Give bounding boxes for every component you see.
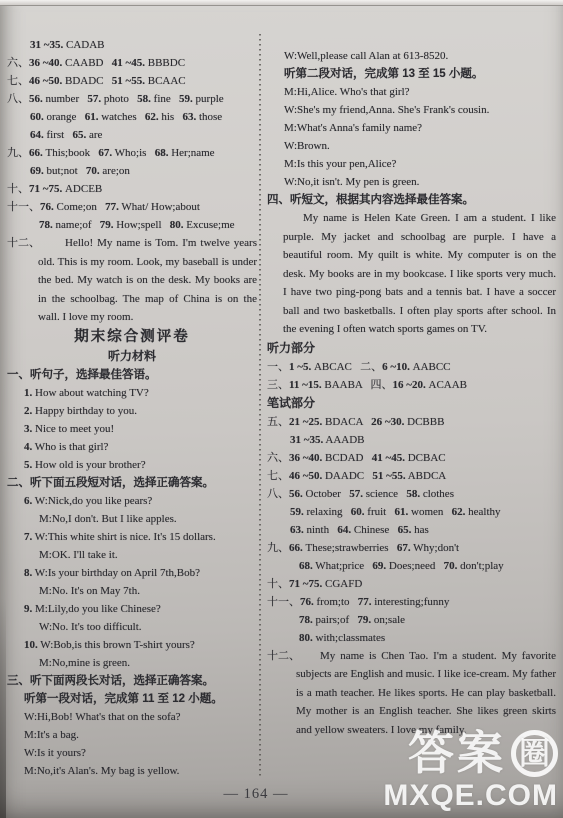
section-marker: 十二、 <box>267 647 300 666</box>
answer-line: 31 ~35. CADAB <box>7 36 257 54</box>
transcript-line: 5. How old is your brother? <box>7 456 257 474</box>
transcript-line: 8. W:Is your birthday on April 7th,Bob? <box>7 564 257 582</box>
answer-line: 十、71 ~75. ADCEB <box>7 180 257 198</box>
transcript-line: M:It's a bag. <box>7 726 257 744</box>
instruction-line: 二、听下面五段短对话，选择正确答案。 <box>7 474 257 492</box>
answer-line: M:No,mine is green. <box>7 654 257 672</box>
column-divider-dotted-line <box>259 34 261 778</box>
transcript-line: 3. Nice to meet you! <box>7 420 257 438</box>
transcript-line: W:Hi,Bob! What's that on the sofa? <box>7 708 257 726</box>
answer-line: 64. first 65. are <box>7 126 257 144</box>
section-marker: 十二、 <box>7 234 40 253</box>
exam-title: 期末综合测评卷 <box>7 327 257 347</box>
answer-line: 五、21 ~25. BDACA 26 ~30. DCBBB <box>267 413 556 431</box>
instruction-line: 四、听短文，根据其内容选择最佳答案。 <box>267 191 556 209</box>
answer-line: 十一、76. from;to 77. interesting;funny <box>267 593 556 611</box>
tom-passage-paragraph: 十二、Hello! My name is Tom. I'm twelve yea… <box>38 234 257 327</box>
photo-edge-shadow <box>0 598 6 818</box>
answer-line: M:OK. I'll take it. <box>7 546 257 564</box>
instruction-line: 听第一段对话，完成第 11 至 12 小题。 <box>7 690 257 708</box>
right-column: W:Well,please call Alan at 613-8520.听第二段… <box>267 47 556 739</box>
transcript-line: 1. How about watching TV? <box>7 384 257 402</box>
transcript-line: W:Is it yours? <box>7 744 257 762</box>
transcript-line: M:What's Anna's family name? <box>267 119 556 137</box>
answer-line: 59. relaxing 60. fruit 61. women 62. hea… <box>267 503 556 521</box>
answer-line: 78. name;of 79. How;spell 80. Excuse;me <box>7 216 257 234</box>
watermark-brand: 答案圈 <box>383 730 558 777</box>
listening-part-heading: 听力部分 <box>267 339 556 358</box>
answer-line: 三、11 ~15. BAABA 四、16 ~20. ACAAB <box>267 376 556 394</box>
transcript-line: W:Well,please call Alan at 613-8520. <box>267 47 556 65</box>
answer-line: 九、66. This;book 67. Who;is 68. Her;name <box>7 144 257 162</box>
answer-line: 十、71 ~75. CGAFD <box>267 575 556 593</box>
answer-line: M:No,I don't. But I like apples. <box>7 510 257 528</box>
answer-line: 七、46 ~50. BDADC 51 ~55. BCAAC <box>7 72 257 90</box>
answer-line: 六、36 ~40. CAABD 41 ~45. BBBDC <box>7 54 257 72</box>
answer-line: W:No. It's too difficult. <box>7 618 257 636</box>
page-top-edge <box>0 0 563 6</box>
chen-tao-passage-paragraph: 十二、My name is Chen Tao. I'm a student. M… <box>296 647 556 740</box>
transcript-line: 9. M:Lily,do you like Chinese? <box>7 600 257 618</box>
transcript-line: W:Brown. <box>267 137 556 155</box>
answer-line: 60. orange 61. watches 62. his 63. those <box>7 108 257 126</box>
transcript-line: 7. W:This white shirt is nice. It's 15 d… <box>7 528 257 546</box>
answer-line: 一、1 ~5. ABCAC 二、6 ~10. AABCC <box>267 358 556 376</box>
listening-material-heading: 听力材料 <box>7 347 257 366</box>
watermark-brand-text: 答案 <box>408 730 506 776</box>
answer-line: 十一、76. Come;on 77. What/ How;about <box>7 198 257 216</box>
watermark-brand-circle-icon: 圈 <box>511 730 558 777</box>
answer-line: 68. What;price 69. Does;need 70. don't;p… <box>267 557 556 575</box>
answer-line: 八、56. number 57. photo 58. fine 59. purp… <box>7 90 257 108</box>
written-part-heading: 笔试部分 <box>267 394 556 413</box>
transcript-line: W:No,it isn't. My pen is green. <box>267 173 556 191</box>
transcript-line: M:No,it's Alan's. My bag is yellow. <box>7 762 257 780</box>
answer-line: 六、36 ~40. BCDAD 41 ~45. DCBAC <box>267 449 556 467</box>
answer-line: 78. pairs;of 79. on;sale <box>267 611 556 629</box>
instruction-line: 听第二段对话，完成第 13 至 15 小题。 <box>267 65 556 83</box>
transcript-line: 4. Who is that girl? <box>7 438 257 456</box>
watermark-brand-circle-char: 圈 <box>519 738 550 769</box>
transcript-line: 10. W:Bob,is this brown T-shirt yours? <box>7 636 257 654</box>
scanned-answer-page: 31 ~35. CADAB六、36 ~40. CAABD 41 ~45. BBB… <box>0 0 563 818</box>
answer-line: 63. ninth 64. Chinese 65. has <box>267 521 556 539</box>
instruction-line: 一、听句子，选择最佳答语。 <box>7 366 257 384</box>
answer-line: 69. but;not 70. are;on <box>7 162 257 180</box>
answer-line: 九、66. These;strawberries 67. Why;don't <box>267 539 556 557</box>
answer-line: 七、46 ~50. DAADC 51 ~55. ABDCA <box>267 467 556 485</box>
transcript-line: 2. Happy birthday to you. <box>7 402 257 420</box>
helen-passage-paragraph: My name is Helen Kate Green. I am a stud… <box>283 209 556 339</box>
transcript-line: W:She's my friend,Anna. She's Frank's co… <box>267 101 556 119</box>
transcript-line: M:Is this your pen,Alice? <box>267 155 556 173</box>
answer-line: M:No. It's on May 7th. <box>7 582 257 600</box>
answer-line: 31 ~35. AAADB <box>267 431 556 449</box>
transcript-line: 6. W:Nick,do you like pears? <box>7 492 257 510</box>
watermark-site-text: MXQE.COM <box>383 779 558 814</box>
answer-line: 80. with;classmates <box>267 629 556 647</box>
watermark: 答案圈 MXQE.COM <box>383 730 558 814</box>
transcript-line: M:Hi,Alice. Who's that girl? <box>267 83 556 101</box>
left-column: 31 ~35. CADAB六、36 ~40. CAABD 41 ~45. BBB… <box>7 36 257 780</box>
answer-line: 八、56. October 57. science 58. clothes <box>267 485 556 503</box>
instruction-line: 三、听下面两段长对话，选择正确答案。 <box>7 672 257 690</box>
